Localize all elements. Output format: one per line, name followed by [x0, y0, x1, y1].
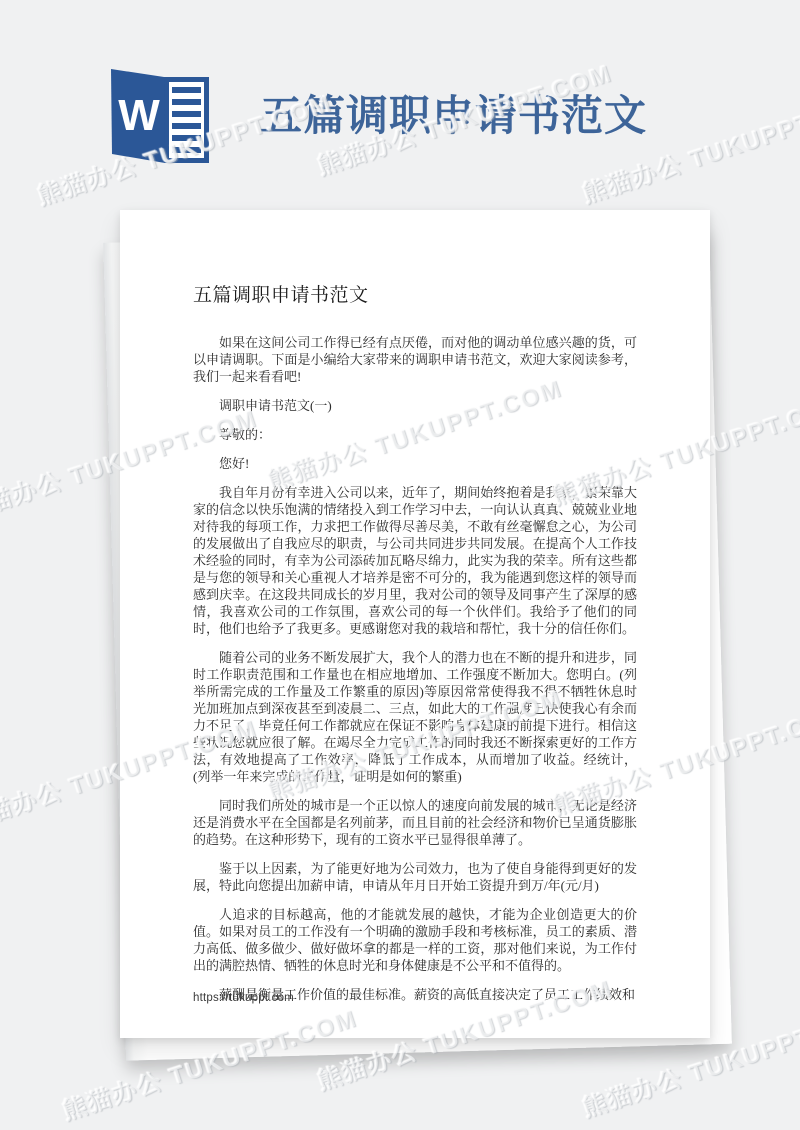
doc-paragraph-body-4: 鉴于以上因素，为了能更好地为公司效力，也为了使自身能得到更好的发展，特此向您提出… — [193, 860, 637, 894]
doc-paragraph-body-1: 我自年月份有幸进入公司以来，近年了，期间始终抱着是我家，繁荣靠大家的信念以快乐饱… — [193, 484, 637, 637]
word-icon-page — [164, 77, 209, 163]
doc-paragraph-intro: 如果在这间公司工作得已经有点厌倦，而对他的调动单位感兴趣的货，可以申请调职。下面… — [193, 334, 637, 385]
word-icon-letter: W — [118, 91, 160, 140]
doc-paragraph-body-3: 同时我们所处的城市是一个正以惊人的速度向前发展的城市，无论是经济还是消费水平在全… — [193, 797, 637, 848]
doc-paragraph-body-2: 随着公司的业务不断发展扩大，我个人的潜力也在不断的提升和进步，同时工作职责范围和… — [193, 649, 637, 785]
document-page: 五篇调职申请书范文 如果在这间公司工作得已经有点厌倦，而对他的调动单位感兴趣的货… — [120, 210, 710, 1038]
doc-salutation: 尊敬的： — [193, 426, 637, 443]
page-title: 五篇调职申请书范文 — [260, 92, 647, 140]
header: W 五篇调职申请书范文 — [0, 0, 800, 200]
doc-greeting: 您好! — [193, 455, 637, 472]
document-title: 五篇调职申请书范文 — [193, 285, 637, 307]
doc-paragraph-body-5: 人追求的目标越高，他的才能就发展的越快，才能为企业创造更大的价值。如果对员工的工… — [193, 906, 637, 974]
page-background: 五篇调职申请书范文 如果在这间公司工作得已经有点厌倦，而对他的调动单位感兴趣的货… — [0, 0, 800, 1130]
word-icon: W — [106, 60, 212, 168]
page-footer-url: https://tukuppt.com — [193, 992, 294, 1004]
doc-heading-sample-1: 调职申请书范文(一) — [193, 397, 637, 414]
